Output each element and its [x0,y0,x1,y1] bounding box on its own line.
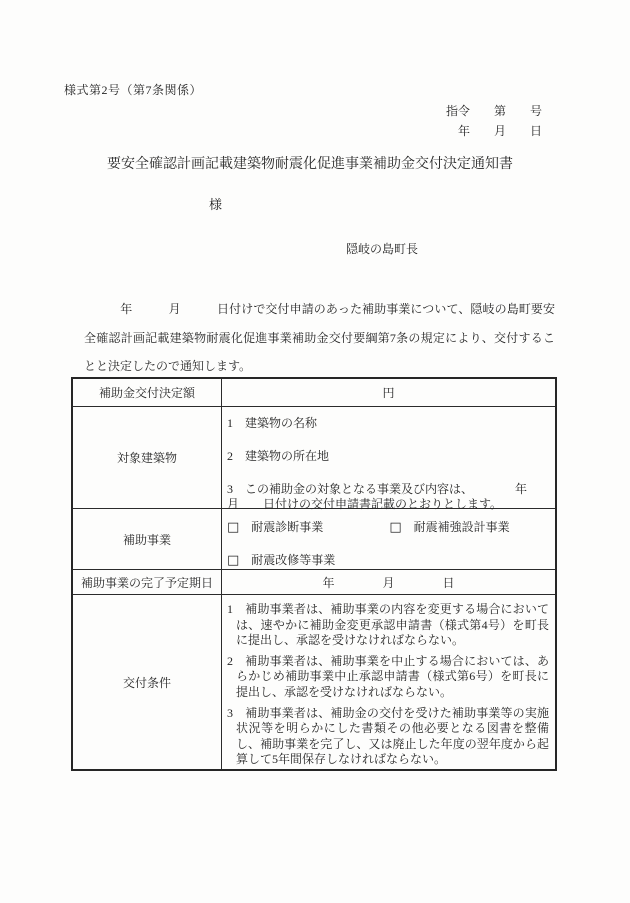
condition-item: 1 補助事業者は、補助事業の内容を変更する場合においては、速やかに補助金変更承認… [227,602,549,649]
building-item: 3 この補助金の対象となる事業及び内容は、 年 月 日付けの交付申請書記載のとお… [227,482,551,512]
issuer-name: 隠岐の島町長 [346,241,418,257]
table-row-project: 補助事業 □ 耐震診断事業 □ 耐震補強設計事業 [73,508,555,569]
conditions-items-cell: 1 補助事業者は、補助事業の内容を変更する場合においては、速やかに補助金変更承認… [222,595,555,769]
directive-date-line: 年 月 日 [446,121,542,141]
project-label-cell: 補助事業 [73,509,222,569]
amount-label-cell: 補助金交付決定額 [73,379,222,406]
project-option-line: □ 耐震診断事業 □ 耐震補強設計事業 [227,519,551,535]
conditions-items: 1 補助事業者は、補助事業の内容を変更する場合においては、速やかに補助金変更承認… [222,595,555,768]
table-row-amount: 補助金交付決定額 円 [73,379,555,406]
checkbox-icon: □ [227,554,239,567]
form-number-label: 様式第2号（第7条関係） [64,83,202,98]
building-item: 2 建築物の所在地 [227,449,551,464]
project-options: □ 耐震診断事業 □ 耐震補強設計事業 □ 耐震改修等事業 [222,509,555,568]
directive-number-line: 指令 第 号 [446,101,542,121]
body-paragraph: 年 月 日付けで交付申請のあった補助事業について、隠岐の島町要安全確認計画記載建… [84,295,555,381]
deadline-label-cell: 補助事業の完了予定期日 [73,570,222,594]
project-option: □ 耐震改修等事業 [227,552,335,568]
deadline-value-cell: 年 月 日 [222,570,555,594]
project-option-line: □ 耐震改修等事業 [227,552,551,568]
amount-value-cell: 円 [222,379,555,406]
document-title: 要安全確認計画記載建築物耐震化促進事業補助金交付決定通知書 [63,156,557,173]
project-option: □ 耐震診断事業 [227,519,323,535]
grant-decision-table: 補助金交付決定額 円 対象建築物 1 建築物の名称 2 建築物の所在地 3 この… [71,377,557,771]
table-row-conditions: 交付条件 1 補助事業者は、補助事業の内容を変更する場合においては、速やかに補助… [73,594,555,769]
building-items-cell: 1 建築物の名称 2 建築物の所在地 3 この補助金の対象となる事業及び内容は、… [222,407,555,508]
table-row-deadline: 補助事業の完了予定期日 年 月 日 [73,569,555,594]
building-items: 1 建築物の名称 2 建築物の所在地 3 この補助金の対象となる事業及び内容は、… [222,407,555,512]
directive-block: 指令 第 号 年 月 日 [446,101,542,141]
checkbox-icon: □ [389,521,401,534]
amount-unit-text: 円 [222,379,555,406]
project-option-label: 耐震診断事業 [251,519,323,535]
condition-item: 3 補助事業者は、補助金の交付を受けた補助事業等の実施状況等を明らかにした書類そ… [227,706,549,768]
project-options-cell: □ 耐震診断事業 □ 耐震補強設計事業 □ 耐震改修等事業 [222,509,555,569]
addressee-honorific: 様 [209,197,222,213]
project-option-label: 耐震改修等事業 [251,552,335,568]
project-option: □ 耐震補強設計事業 [389,519,509,535]
project-option-label: 耐震補強設計事業 [414,519,510,535]
building-item: 1 建築物の名称 [227,416,551,431]
conditions-label-cell: 交付条件 [73,595,222,769]
document-page: 様式第2号（第7条関係） 指令 第 号 年 月 日 要安全確認計画記載建築物耐震… [0,0,630,903]
building-label-cell: 対象建築物 [73,407,222,508]
table-row-building: 対象建築物 1 建築物の名称 2 建築物の所在地 3 この補助金の対象となる事業… [73,406,555,508]
condition-item: 2 補助事業者は、補助事業を中止する場合においては、あらかじめ補助事業中止承認申… [227,654,549,701]
checkbox-icon: □ [227,521,239,534]
deadline-date-text: 年 月 日 [222,570,555,594]
